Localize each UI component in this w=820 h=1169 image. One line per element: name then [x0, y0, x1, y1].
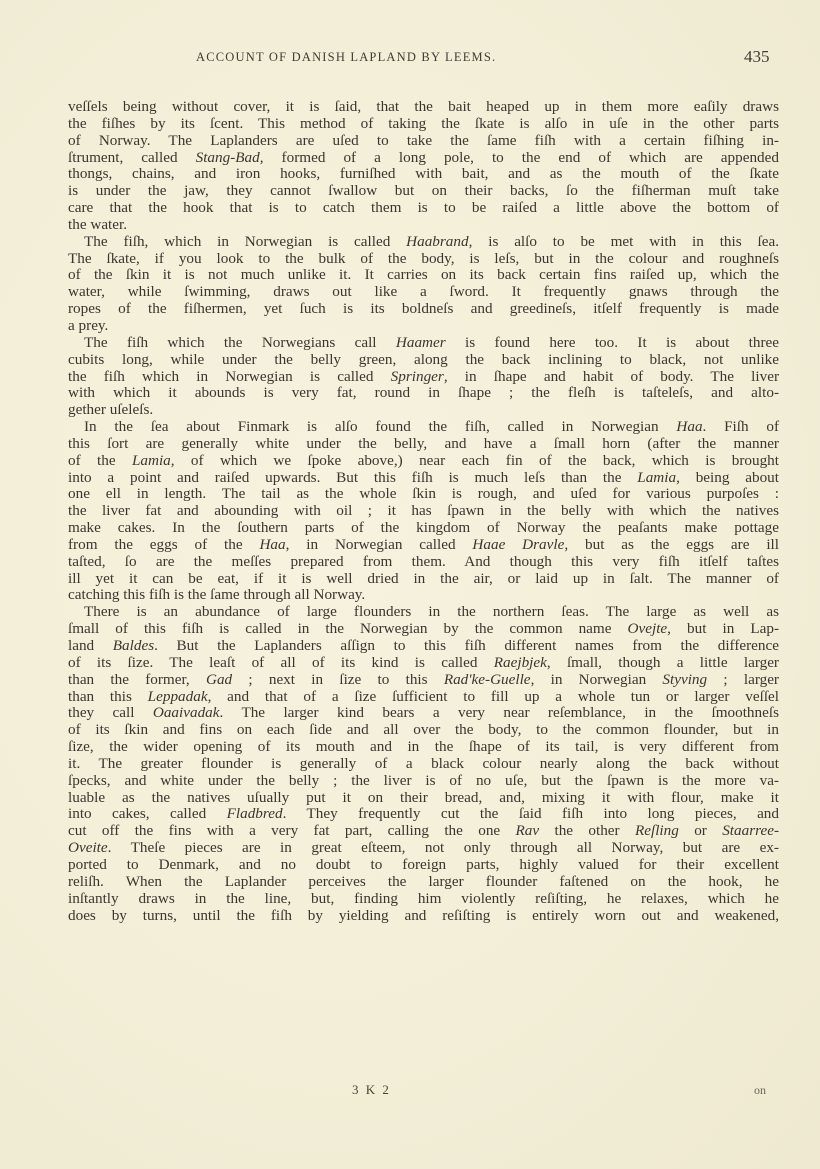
text-line: ported to Denmark, and no doubt to forei… — [68, 857, 779, 874]
text-line: ſize, the wider opening of its mouth and… — [68, 739, 779, 756]
book-page: ACCOUNT OF DANISH LAPLAND BY LEEMS. 435 … — [0, 0, 820, 1169]
text-line: does by turns, until the fiſh by yieldin… — [68, 908, 779, 925]
catchword: on — [754, 1083, 766, 1098]
text-line: the fiſh which in Norwegian is called Sp… — [68, 369, 779, 386]
text-line: ill yet it can be eat, if it is well dri… — [68, 571, 779, 588]
text-line: inſtantly draws in the line, but, findin… — [68, 891, 779, 908]
text-line: veſſels being without cover, it is ſaid,… — [68, 99, 779, 116]
printer-signature: 3 K 2 — [352, 1082, 391, 1098]
text-line: ropes of the fiſhermen, yet ſuch is its … — [68, 301, 779, 318]
text-line: the fiſhes by its ſcent. This method of … — [68, 116, 779, 133]
text-line: In the ſea about Finmark is alſo found t… — [68, 419, 779, 436]
text-line: of Norway. The Laplanders are uſed to ta… — [68, 133, 779, 150]
text-line: cut off the fins with a very fat part, c… — [68, 823, 779, 840]
text-line: reliſh. When the Laplander perceives the… — [68, 874, 779, 891]
text-line: of the ſkin it is not much unlike it. It… — [68, 267, 779, 284]
text-line: the liver fat and abounding with oil ; i… — [68, 503, 779, 520]
text-line: of the Lamia, of which we ſpoke above,) … — [68, 453, 779, 470]
text-line: from the eggs of the Haa, in Norwegian c… — [68, 537, 779, 554]
running-head: ACCOUNT OF DANISH LAPLAND BY LEEMS. 435 — [0, 44, 820, 68]
text-line: with which it abounds is very fat, round… — [68, 385, 779, 402]
text-line: one ell in length. The tail as the whole… — [68, 486, 779, 503]
text-line: Oveite. Theſe pieces are in great eſteem… — [68, 840, 779, 857]
text-line: ſpecks, and white under the belly ; the … — [68, 773, 779, 790]
text-line: There is an abundance of large flounders… — [68, 604, 779, 621]
text-line: into cakes, called Fladbred. They freque… — [68, 806, 779, 823]
text-line: ſtrument, called Stang-Bad, formed of a … — [68, 150, 779, 167]
footer: 3 K 2 on — [0, 1082, 820, 1100]
text-line: catching this fiſh is the ſame through a… — [68, 587, 779, 604]
text-line: taſted, ſo are the meſſes prepared from … — [68, 554, 779, 571]
text-line: thongs, chains, and iron hooks, furniſhe… — [68, 166, 779, 183]
text-line: The fiſh which the Norwegians call Haame… — [68, 335, 779, 352]
text-line: the water. — [68, 217, 779, 234]
text-line: it. The greater flounder is generally of… — [68, 756, 779, 773]
text-line: is under the jaw, they cannot ſwallow bu… — [68, 183, 779, 200]
text-line: care that the hook that is to catch them… — [68, 200, 779, 217]
text-line: they call Oaaivadak. The larger kind bea… — [68, 705, 779, 722]
text-line: than this Leppadak, and that of a ſize ſ… — [68, 689, 779, 706]
text-line: ſmall of this fiſh is called in the Norw… — [68, 621, 779, 638]
text-line: luable as the natives uſually put it on … — [68, 790, 779, 807]
text-line: The ſkate, if you look to the bulk of th… — [68, 251, 779, 268]
body-text: veſſels being without cover, it is ſaid,… — [68, 99, 779, 924]
text-line: this ſort are generally white under the … — [68, 436, 779, 453]
text-line: gether uſeleſs. — [68, 402, 779, 419]
text-line: into a point and raiſed upwards. But thi… — [68, 470, 779, 487]
text-line: cubits long, while under the belly green… — [68, 352, 779, 369]
page-number: 435 — [744, 47, 770, 67]
text-line: than the former, Gad ; next in ſize to t… — [68, 672, 779, 689]
text-line: of its ſize. The leaſt of all of its kin… — [68, 655, 779, 672]
running-title: ACCOUNT OF DANISH LAPLAND BY LEEMS. — [196, 50, 496, 65]
text-line: The fiſh, which in Norwegian is called H… — [68, 234, 779, 251]
text-line: land Baldes. But the Laplanders aſſign t… — [68, 638, 779, 655]
text-line: make cakes. In the ſouthern parts of the… — [68, 520, 779, 537]
text-line: water, while ſwimming, draws out like a … — [68, 284, 779, 301]
text-line: of its ſkin and fins on each ſide and al… — [68, 722, 779, 739]
text-line: a prey. — [68, 318, 779, 335]
